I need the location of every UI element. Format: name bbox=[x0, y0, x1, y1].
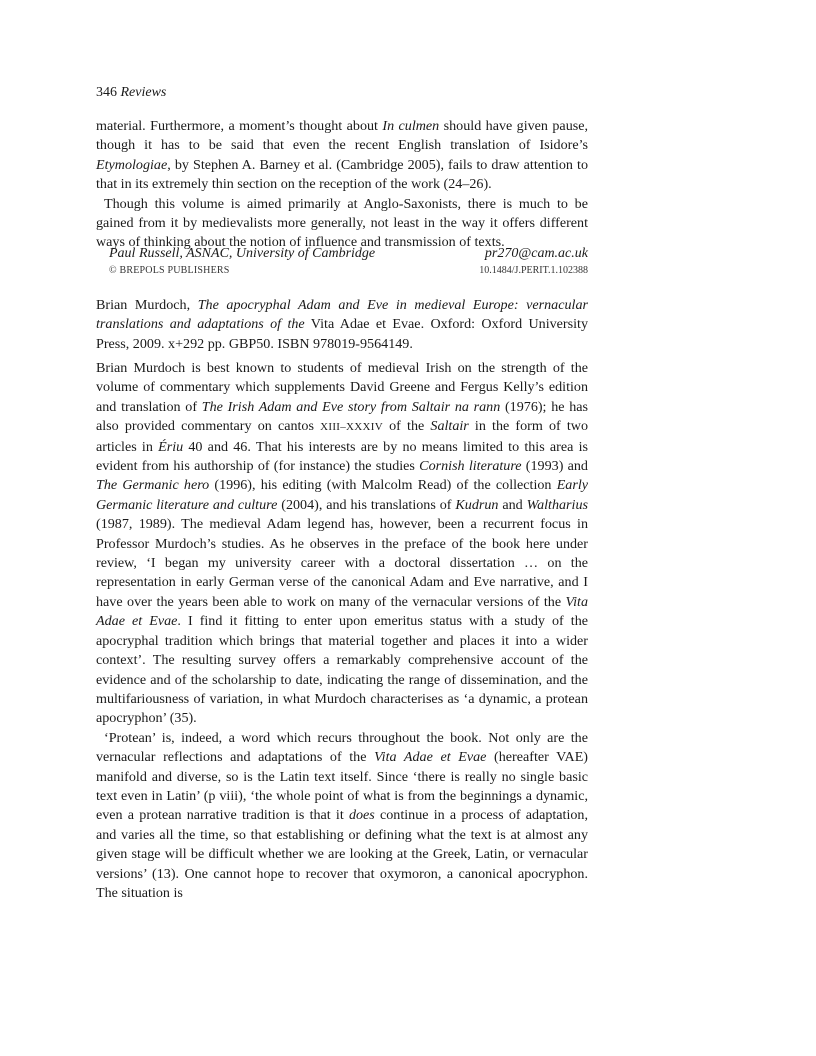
copyright-notice: © BREPOLS PUBLISHERS bbox=[109, 264, 230, 278]
section-title: Reviews bbox=[121, 85, 167, 100]
paragraph: ‘Protean’ is, indeed, a word which recur… bbox=[96, 729, 588, 904]
paragraph: material. Furthermore, a moment’s though… bbox=[96, 117, 588, 195]
running-head: 346 Reviews bbox=[96, 84, 166, 102]
doi[interactable]: 10.1484/J.PERIT.1.102388 bbox=[479, 264, 588, 278]
previous-review-body: material. Furthermore, a moment’s though… bbox=[96, 117, 588, 253]
paragraph: Brian Murdoch is best known to students … bbox=[96, 359, 588, 729]
review-body: Brian Murdoch is best known to students … bbox=[96, 359, 588, 903]
reviewer-email[interactable]: pr270@cam.ac.uk bbox=[485, 244, 588, 263]
book-citation: Brian Murdoch, The apocryphal Adam and E… bbox=[96, 296, 588, 354]
page-number: 346 bbox=[96, 85, 117, 100]
reviewer-name: Paul Russell, ASNAC, University of Cambr… bbox=[109, 244, 375, 263]
